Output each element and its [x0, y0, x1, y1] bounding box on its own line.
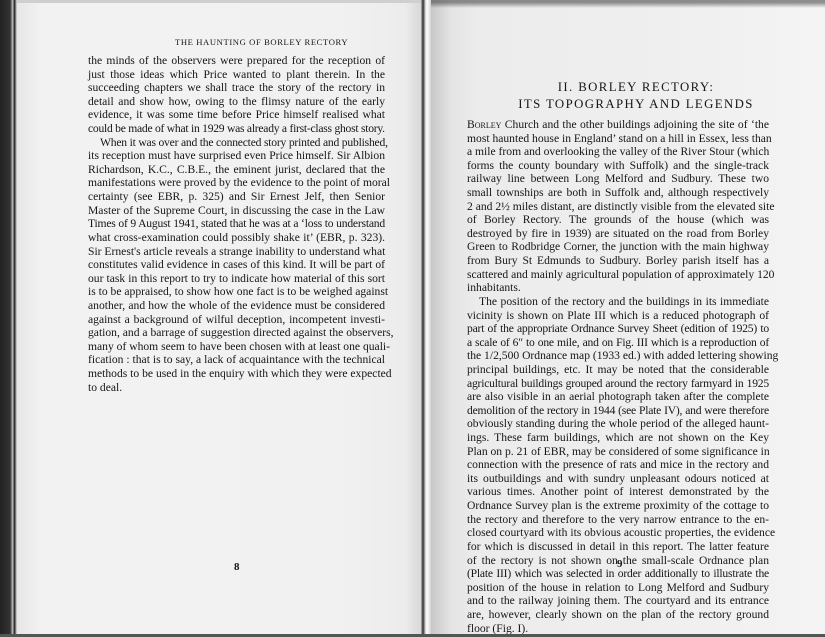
text-line: many of whom seem to have been chosen wi…: [88, 340, 385, 354]
text-line: could be made of what in 1929 was alread…: [88, 122, 385, 136]
text-line: most haunted house in England’ stand on …: [467, 132, 769, 146]
text-line: part of the appropriate Ordnance Survey …: [467, 322, 769, 336]
text-line: from Bury St Edmunds to Sudbury. Borley …: [467, 254, 769, 268]
text-line: closed courtyard with its obvious acoust…: [467, 526, 769, 540]
text-line: 2 and 2½ miles distant, are distinctly v…: [467, 200, 769, 214]
text-line: Richardson, K.C., C.B.E., the eminent ju…: [88, 163, 385, 177]
text-line: Green to Rodbridge Corner, the junction …: [467, 240, 769, 254]
left-page: THE HAUNTING OF BORLEY RECTORY the minds…: [17, 0, 421, 637]
text-line: agricultural buildings grouped around th…: [467, 377, 769, 391]
text-line: position of the house in relation to Lon…: [467, 581, 769, 595]
text-line: against a background of wilful deception…: [88, 313, 385, 327]
text-line: our task in this report to try to indica…: [88, 272, 385, 286]
text-line: principal buildings, etc. It may be note…: [467, 363, 769, 377]
text-line: railway line between Long Melford and Su…: [467, 172, 769, 186]
text-line: a mile from and overlooking the valley o…: [467, 145, 769, 159]
text-line: evidence, it was some time before Price …: [88, 108, 385, 122]
text-line: scattered and mainly agricultural popula…: [467, 268, 769, 282]
text-line: forms the county boundary with Suffolk) …: [467, 159, 769, 173]
text-line: and to the railway joining them. The cou…: [467, 594, 769, 608]
text-line: constitutes valid evidence in cases of t…: [88, 258, 385, 272]
page-number: 9: [617, 558, 623, 570]
text-line: The position of the rectory and the buil…: [467, 295, 769, 309]
text-line: destroyed by fire in 1939) are situated …: [467, 227, 769, 241]
text-line: are also visible in an aerial photograph…: [467, 390, 769, 404]
text-line: what cross-examination could possibly sh…: [88, 231, 385, 245]
running-head: THE HAUNTING OF BORLEY RECTORY: [175, 37, 375, 47]
text-line: for which is discussed in detail in this…: [467, 540, 769, 554]
text-line: vicinity is shown on Plate III which is …: [467, 309, 769, 323]
text-line: gation, and a barrage of suggestion dire…: [88, 326, 385, 340]
text-line: the minds of the observers were prepared…: [88, 54, 385, 68]
text-line: to deal.: [88, 381, 385, 395]
text-line: its outbuildings and with sundry unpleas…: [467, 472, 769, 486]
book-edge: [0, 0, 17, 637]
book-spine: [421, 0, 431, 637]
text-line: small townships are both in Suffolk and,…: [467, 186, 769, 200]
text-line: detail and show how, owing to the flimsy…: [88, 95, 385, 109]
text-line: When it was over and the connected story…: [88, 136, 385, 150]
text-line: the rectory and therefore to the very na…: [467, 513, 769, 527]
text-line: Sir Ernest's article reveals a strange i…: [88, 245, 385, 259]
text-line: Times of 9 August 1941, stated that he w…: [88, 217, 385, 231]
text-fragment: Church and the other buildings adjoining…: [501, 118, 769, 131]
left-page-body: the minds of the observers were prepared…: [88, 54, 385, 394]
text-line: Ordnance Survey plan is the extreme prox…: [467, 499, 769, 513]
right-page: II. BORLEY RECTORY: ITS TOPOGRAPHY AND L…: [431, 0, 825, 637]
chapter-subtitle: ITS TOPOGRAPHY AND LEGENDS: [467, 97, 805, 112]
text-line: another, and how the whole of the eviden…: [88, 299, 385, 313]
text-line: a scale of 6″ to one mile, and on Fig. I…: [467, 336, 769, 350]
text-line: manifestations were proved by the eviden…: [88, 176, 385, 190]
text-line: of Borley Rectory. The grounds of the ho…: [467, 213, 769, 227]
text-line: Borley Church and the other buildings ad…: [467, 118, 769, 132]
text-line: just those ideas which Price wanted to p…: [88, 68, 385, 82]
text-line: inhabitants.: [467, 281, 769, 295]
text-line: is to be appraised, to show how one fact…: [88, 285, 385, 299]
text-line: are, however, clearly shown on the plan …: [467, 608, 769, 622]
small-caps-lead: Borley: [467, 118, 501, 131]
text-line: succeeding chapters we shall trace the s…: [88, 81, 385, 95]
text-line: demolition of the rectory in 1944 (see P…: [467, 404, 769, 418]
text-line: fication : that is to say, a lack of acq…: [88, 353, 385, 367]
text-line: Master of the Supreme Court, in discussi…: [88, 204, 385, 218]
text-line: certainty (see EBR, p. 325) and Sir Erne…: [88, 190, 385, 204]
text-line: Plan on p. 21 of EBR, may be considered …: [467, 445, 769, 459]
text-line: connection with the presence of rats and…: [467, 458, 769, 472]
text-line: its reception must have surprised even P…: [88, 149, 385, 163]
text-line: the 1/2,500 Ordnance map (1933 ed.) with…: [467, 349, 769, 363]
chapter-heading: II. BORLEY RECTORY:: [467, 80, 805, 95]
page-number: 8: [234, 561, 240, 573]
text-line: various times. Another point of interest…: [467, 485, 769, 499]
text-line: ings. These farm buildings, which are no…: [467, 431, 769, 445]
text-line: obviously standing during the whole peri…: [467, 417, 769, 431]
text-line: methods to be used in the enquiry with w…: [88, 367, 385, 381]
